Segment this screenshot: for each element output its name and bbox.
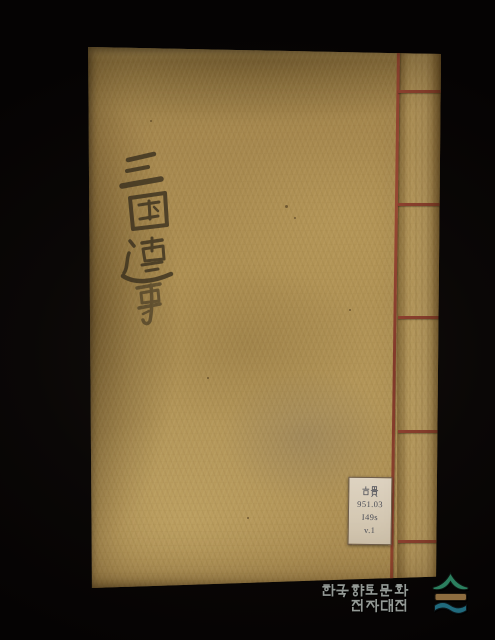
watermark-text [322,584,410,613]
watermark [322,570,482,622]
logo-bar-shape [435,594,467,601]
photo-stage: 951.03 I49s v.1 [0,0,495,640]
logo-wave-shape [435,603,467,614]
logo-roof-shape [433,573,468,590]
cover-vignette [87,47,441,588]
grandculture-logo [431,570,470,616]
book-cover: 951.03 I49s v.1 [87,47,441,588]
